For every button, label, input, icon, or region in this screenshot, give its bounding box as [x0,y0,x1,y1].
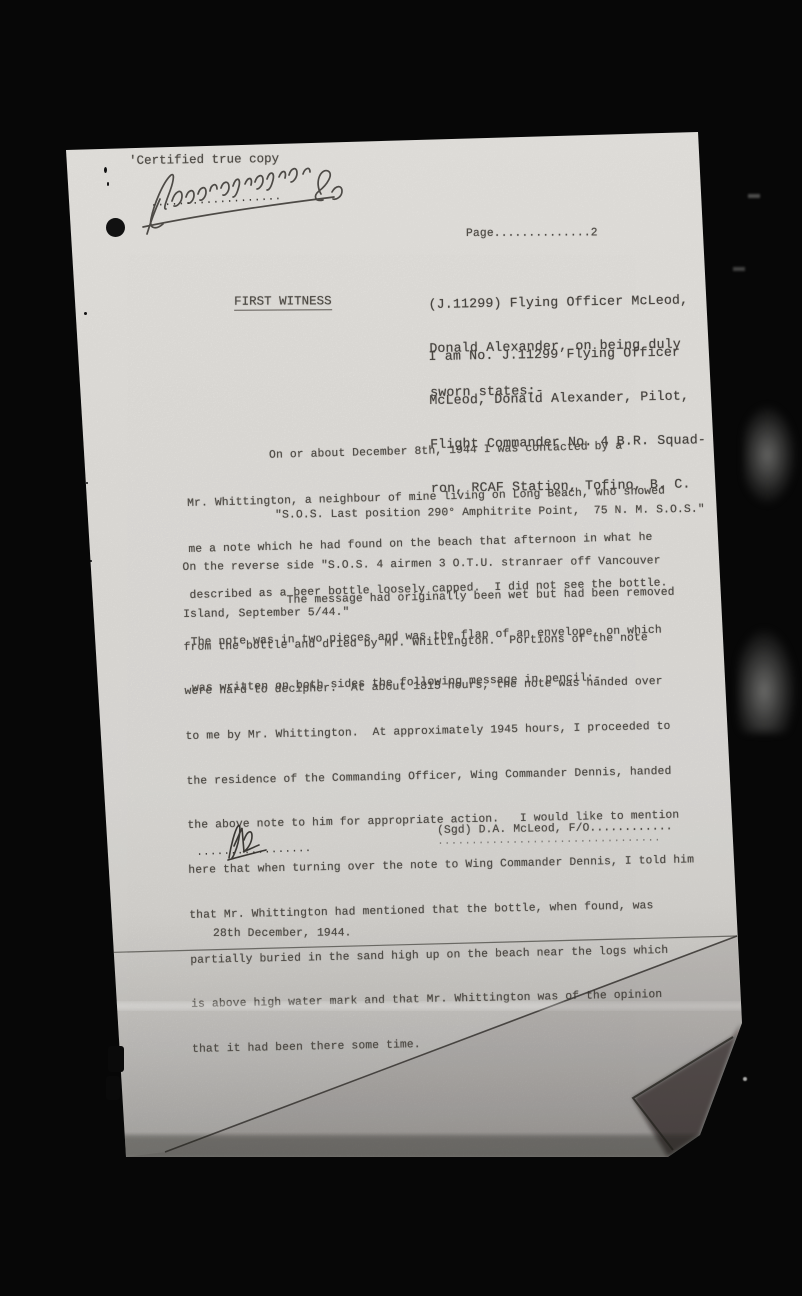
document-page: 'Certified true copy ...................… [0,0,802,1296]
text-line: The message had originally been wet but … [183,585,689,610]
text-line: that it had been there some time. [192,1032,698,1057]
scan-smudge [744,405,796,505]
text-line: from the bottle and dried by Mr. Whittin… [184,630,690,655]
dust-speck [90,560,92,562]
text-line: partially buried in the sand high up on … [190,943,696,968]
dust-speck [104,167,107,173]
scan-background: 'Certified true copy ...................… [0,0,802,1296]
witness-heading-text: FIRST WITNESS [234,294,332,311]
bottom-edge-shadow [66,1135,746,1159]
text-line: to me by Mr. Whittington. At approximate… [185,719,691,744]
text-line: I am No. J.11299 Flying Officer [429,345,705,364]
signature-dotted-line: ................... [150,190,282,210]
text-line: the residence of the Commanding Officer,… [186,764,692,789]
text-line: McLeod, Donald Alexander, Pilot, [429,389,705,408]
text-line: On or about December 8th, 1944 I was con… [186,438,664,466]
text-line: were hard to decipher. At about 1815 hou… [184,675,690,700]
text-line: here that when turning over the note to … [188,853,694,878]
scan-smudge [748,194,760,198]
text-line: (J.11299) Flying Officer McLeod, [429,294,689,313]
scan-smudge [743,1077,747,1081]
text-line: is above high water mark and that Mr. Wh… [191,988,697,1013]
date-line: 28th December, 1944. [213,928,352,940]
page-number-label: Page..............2 [466,227,598,240]
dust-speck [107,182,109,186]
certified-label: 'Certified true copy [129,152,279,168]
dust-speck [84,312,87,315]
text-line: that Mr. Whittington had mentioned that … [189,898,695,923]
edge-tear-mark [108,1046,124,1072]
scan-smudge [733,267,745,271]
witness-heading: FIRST WITNESS [189,280,332,323]
edge-tear-mark [106,1076,120,1100]
dust-speck [86,482,88,484]
scan-smudge [738,628,796,733]
hole-punch-mark [106,218,125,237]
